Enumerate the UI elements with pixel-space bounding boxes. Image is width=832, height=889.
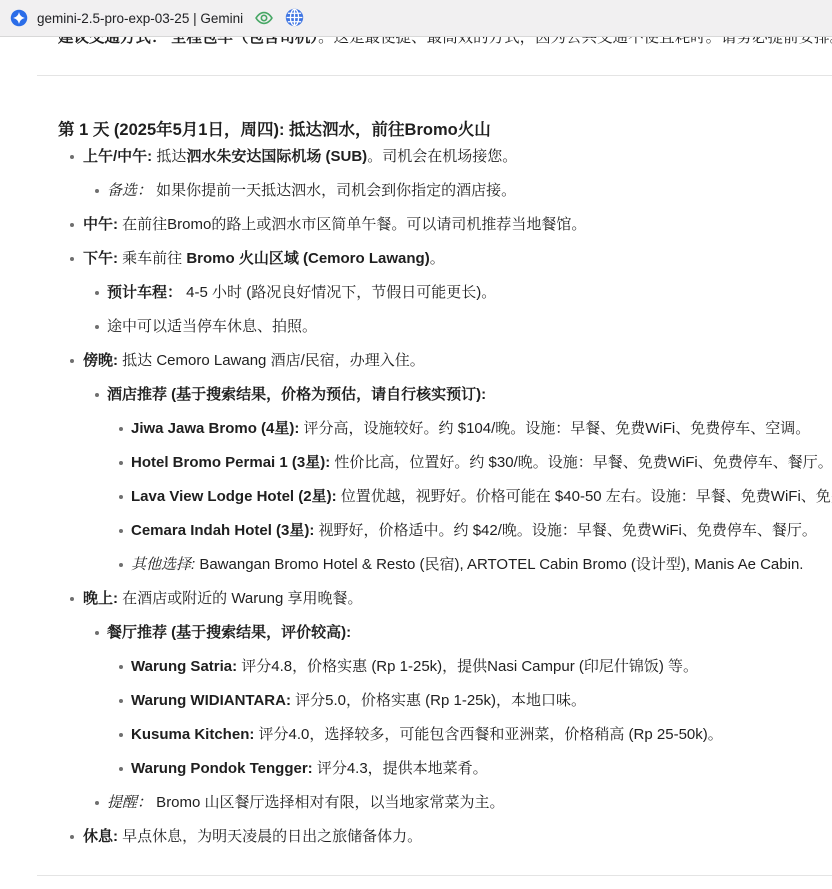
text-run: 评分5.0，价格实惠 (Rp 1-25k)，本地口味。 [291, 692, 586, 709]
bullet-icon [119, 767, 123, 771]
text-run: 评分高，设施较好。约 $104/晚。设施：早餐、免费WiFi、免费停车、空调。 [299, 420, 810, 437]
text-run: 评分4.3，提供本地菜肴。 [313, 760, 488, 777]
bullet-icon [119, 529, 123, 533]
text-run: 视野好，价格适中。约 $42/晚。设施：早餐、免费WiFi、免费停车、餐厅。 [314, 522, 817, 539]
list-item: Kusuma Kitchen: 评分4.0，选择较多，可能包含西餐和亚洲菜，价格… [58, 724, 832, 746]
bullet-icon [119, 665, 123, 669]
globe-icon[interactable] [285, 8, 305, 28]
bullet-icon [119, 461, 123, 465]
bullet-icon [119, 427, 123, 431]
eye-icon[interactable] [254, 8, 274, 28]
text-run: Cemara Indah Hotel (3星): [131, 522, 314, 539]
text-run: 下午: [83, 250, 118, 267]
list-item: 备选： 如果你提前一天抵达泗水，司机会到你指定的酒店接。 [58, 180, 832, 202]
text-run: Warung Satria: [131, 658, 237, 675]
text-run: Lava View Lodge Hotel (2星): [131, 488, 337, 505]
text-run: 。司机会在机场接您。 [367, 148, 517, 165]
text-run: 性价比高，位置好。约 $30/晚。设施：早餐、免费WiFi、免费停车、餐厅。 [330, 454, 832, 471]
bullet-icon [70, 359, 74, 363]
text-run: 泗水朱安达国际机场 (SUB) [186, 148, 367, 165]
list-item: 预计车程： 4-5 小时 (路况良好情况下，节假日可能更长)。 [58, 282, 832, 304]
text-run: Kusuma Kitchen: [131, 726, 254, 743]
text-run: 在酒店或附近的 Warung 享用晚餐。 [118, 590, 362, 607]
text-run: Bromo 山区餐厅选择相对有限，以当地家常菜为主。 [152, 794, 505, 811]
text-run: Bromo 火山区域 (Cemoro Lawang) [186, 250, 429, 267]
bullet-icon [95, 801, 99, 805]
bullet-icon [95, 291, 99, 295]
text-run: 评分4.8，价格实惠 (Rp 1-25k)，提供Nasi Campur (印尼什… [237, 658, 698, 675]
tab-gemini[interactable]: gemini-2.5-pro-exp-03-25 | Gemini [0, 8, 305, 28]
list-item: 上午/中午: 抵达泗水朱安达国际机场 (SUB)。司机会在机场接您。 [58, 146, 832, 168]
bullet-icon [119, 699, 123, 703]
list-item: Cemara Indah Hotel (3星): 视野好，价格适中。约 $42/… [58, 520, 832, 542]
text-run: 餐厅推荐 (基于搜索结果，评价较高): [107, 624, 351, 641]
list-item: Hotel Bromo Permai 1 (3星): 性价比高，位置好。约 $3… [58, 452, 832, 474]
text-run: 抵达 Cemoro Lawang 酒店/民宿，办理入住。 [118, 352, 425, 369]
text-run: 评分4.0，选择较多，可能包含西餐和亚洲菜，价格稍高 (Rp 25-50k)。 [254, 726, 722, 743]
list-item: 傍晚: 抵达 Cemoro Lawang 酒店/民宿，办理入住。 [58, 350, 832, 372]
text-run: Bawangan Bromo Hotel & Resto (民宿), ARTOT… [195, 556, 803, 573]
text-run: 4-5 小时 (路况良好情况下，节假日可能更长)。 [182, 284, 496, 301]
day-heading: 第 1 天 (2025年5月1日，周四): 抵达泗水，前往Bromo火山 [58, 119, 832, 141]
list-item: 中午: 在前往Bromo的路上或泗水市区简单午餐。可以请司机推荐当地餐馆。 [58, 214, 832, 236]
text-run: Warung WIDIANTARA: [131, 692, 291, 709]
list-item: Warung Satria: 评分4.8，价格实惠 (Rp 1-25k)，提供N… [58, 656, 832, 678]
list-item: 餐厅推荐 (基于搜索结果，评价较高): [58, 622, 832, 644]
list-item: Jiwa Jawa Bromo (4星): 评分高，设施较好。约 $104/晚。… [58, 418, 832, 440]
text-run: 酒店推荐 (基于搜索结果，价格为预估，请自行核实预订): [107, 386, 486, 403]
text-run: 位置优越，视野好。价格可能在 $40-50 左右。设施：早餐、免费WiFi、免费… [337, 488, 832, 505]
bullet-icon [70, 257, 74, 261]
bullet-icon [95, 189, 99, 193]
section-divider [37, 875, 832, 876]
text-run: 提醒： [107, 794, 152, 811]
text-run: 乘车前往 [118, 250, 186, 267]
list-item: 其他选择: Bawangan Bromo Hotel & Resto (民宿),… [58, 554, 832, 576]
list-item: 休息: 早点休息，为明天凌晨的日出之旅储备体力。 [58, 826, 832, 848]
list-item: Lava View Lodge Hotel (2星): 位置优越，视野好。价格可… [58, 486, 832, 508]
list-item: 下午: 乘车前往 Bromo 火山区域 (Cemoro Lawang)。 [58, 248, 832, 270]
list-item: Warung WIDIANTARA: 评分5.0，价格实惠 (Rp 1-25k)… [58, 690, 832, 712]
bullet-icon [95, 631, 99, 635]
text-run: 中午: [83, 216, 118, 233]
text-run: 傍晚: [83, 352, 118, 369]
bullet-icon [95, 393, 99, 397]
itinerary-list: 上午/中午: 抵达泗水朱安达国际机场 (SUB)。司机会在机场接您。备选： 如果… [58, 146, 832, 860]
list-item: 酒店推荐 (基于搜索结果，价格为预估，请自行核实预订): [58, 384, 832, 406]
text-run: 途中可以适当停车休息、拍照。 [107, 318, 317, 335]
list-item: 晚上: 在酒店或附近的 Warung 享用晚餐。 [58, 588, 832, 610]
text-run: Warung Pondok Tengger: [131, 760, 313, 777]
list-item: 提醒： Bromo 山区餐厅选择相对有限，以当地家常菜为主。 [58, 792, 832, 814]
text-run: 如果你提前一天抵达泗水，司机会到你指定的酒店接。 [152, 182, 516, 199]
bullet-icon [70, 835, 74, 839]
tab-title: gemini-2.5-pro-exp-03-25 | Gemini [37, 11, 243, 26]
list-item: 途中可以适当停车休息、拍照。 [58, 316, 832, 338]
list-item: Warung Pondok Tengger: 评分4.3，提供本地菜肴。 [58, 758, 832, 780]
bullet-icon [70, 597, 74, 601]
text-run: 其他选择: [131, 556, 195, 573]
text-run: Jiwa Jawa Bromo (4星): [131, 420, 299, 437]
bullet-icon [95, 325, 99, 329]
text-run: 备选： [107, 182, 152, 199]
bullet-icon [119, 563, 123, 567]
bullet-icon [70, 155, 74, 159]
bullet-icon [70, 223, 74, 227]
text-run: 早点休息，为明天凌晨的日出之旅储备体力。 [118, 828, 422, 845]
text-run: 晚上: [83, 590, 118, 607]
text-run: 休息: [83, 828, 118, 845]
text-run: 上午/中午: [83, 148, 152, 165]
text-run: 预计车程： [107, 284, 182, 301]
text-run: 抵达 [152, 148, 186, 165]
gemini-sparkle-icon [10, 9, 28, 27]
section-divider [37, 75, 832, 76]
text-run: Hotel Bromo Permai 1 (3星): [131, 454, 330, 471]
text-run: 。 [430, 250, 445, 267]
text-run: 在前往Bromo的路上或泗水市区简单午餐。可以请司机推荐当地餐馆。 [118, 216, 586, 233]
bullet-icon [119, 495, 123, 499]
bullet-icon [119, 733, 123, 737]
browser-tab-bar: gemini-2.5-pro-exp-03-25 | Gemini [0, 0, 832, 37]
